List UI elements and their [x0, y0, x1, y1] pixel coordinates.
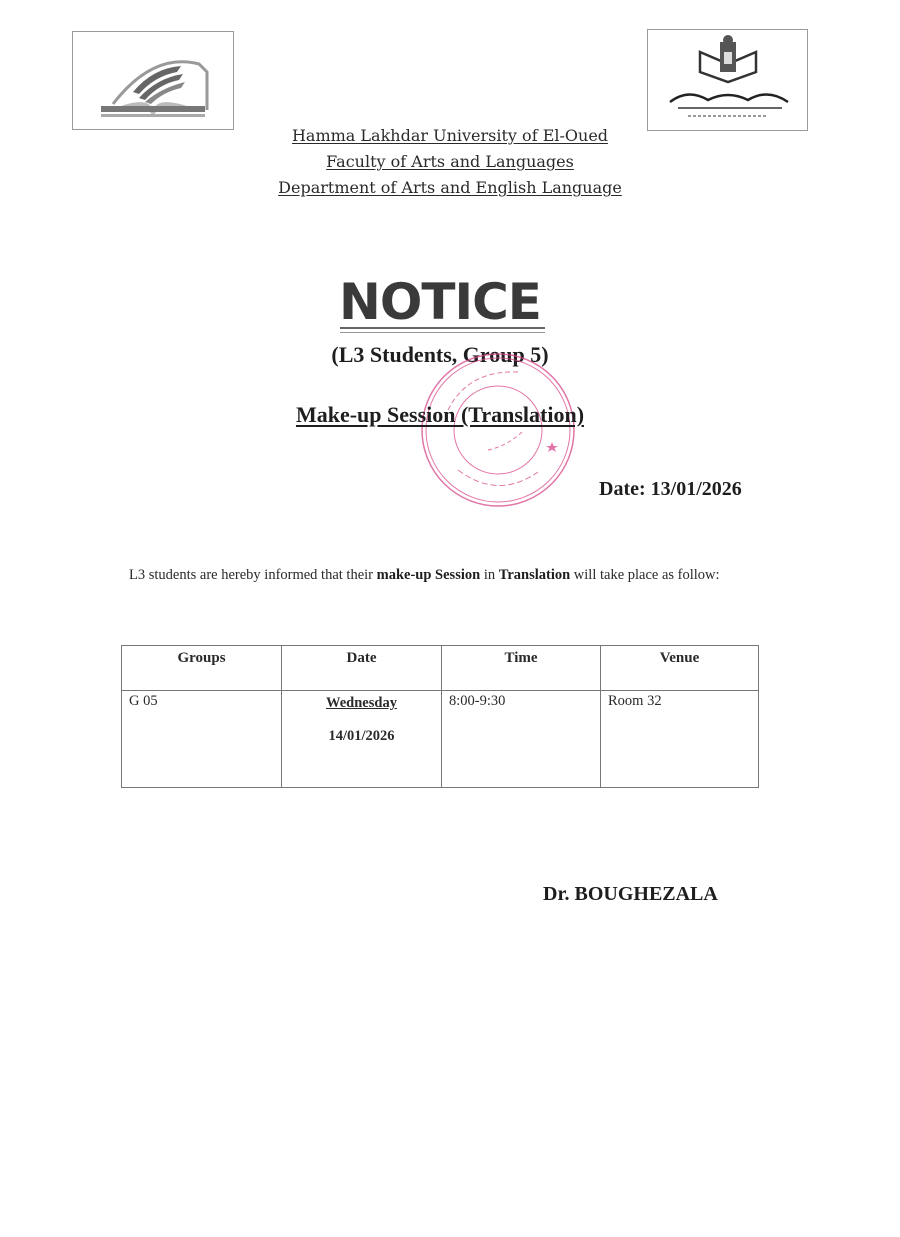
column-header-time: Time [442, 646, 601, 691]
announcement-emphasis-session: make-up Session [377, 567, 481, 583]
university-name: Hamma Lakhdar University of El-Oued [292, 126, 608, 145]
cell-date-value: 14/01/2026 [289, 728, 434, 745]
signature: Dr. BOUGHEZALA [543, 883, 718, 906]
table-row: G 05 Wednesday 14/01/2026 8:00-9:30 Room… [122, 691, 759, 788]
official-stamp-icon [418, 350, 578, 510]
announcement-emphasis-subject: Translation [499, 567, 570, 583]
university-emblem-icon [73, 32, 233, 129]
session-title: Make-up Session (Translation) [0, 402, 880, 428]
cell-venue: Room 32 [601, 691, 759, 788]
notice-title: NOTICE [0, 276, 880, 328]
cell-time: 8:00-9:30 [442, 691, 601, 788]
notice-date: Date: 13/01/2026 [599, 478, 742, 501]
cell-date: Wednesday 14/01/2026 [282, 691, 442, 788]
announcement-text-part: L3 students are hereby informed that the… [129, 567, 377, 583]
column-header-date: Date [282, 646, 442, 691]
cell-group: G 05 [122, 691, 282, 788]
university-logo [72, 31, 234, 130]
department-name: Department of Arts and English Language [278, 178, 622, 197]
faculty-name: Faculty of Arts and Languages [326, 152, 574, 171]
column-header-groups: Groups [122, 646, 282, 691]
announcement-text-part: in [480, 567, 499, 583]
table-header-row: Groups Date Time Venue [122, 646, 759, 691]
title-divider [340, 327, 545, 329]
title-divider-secondary [340, 332, 545, 333]
announcement-text-part: will take place as follow: [570, 567, 719, 583]
faculty-emblem-icon [648, 30, 807, 130]
cell-weekday: Wednesday [289, 693, 434, 713]
institution-header: Hamma Lakhdar University of El-Oued Facu… [0, 123, 900, 201]
schedule-table: Groups Date Time Venue G 05 Wednesday 14… [121, 645, 759, 788]
faculty-logo [647, 29, 808, 131]
column-header-venue: Venue [601, 646, 759, 691]
announcement-text: L3 students are hereby informed that the… [129, 555, 769, 595]
